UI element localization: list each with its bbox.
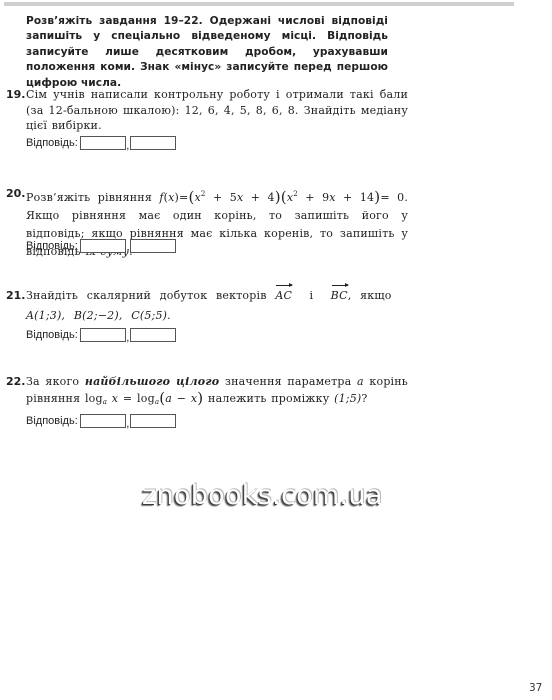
emphasis: найбільшого цілого: [85, 375, 219, 388]
task-19: 19. Сім учнів написали контрольну роботу…: [6, 87, 408, 134]
answer-fraction-box[interactable]: [130, 136, 176, 150]
vector-ac: AC: [275, 286, 292, 306]
top-rule: [4, 2, 514, 6]
answer-19: Відповідь: ,: [26, 135, 176, 151]
answer-integer-box[interactable]: [80, 414, 126, 428]
watermark: znobooks.com.ua: [142, 480, 383, 511]
answer-integer-box[interactable]: [80, 328, 126, 342]
answer-20: Відповідь: ,: [26, 238, 176, 254]
equation: f(x)=(x2 + 5x + 4)(x2 + 9x + 14)= 0: [159, 191, 404, 204]
interval: (1;5): [334, 392, 361, 405]
point-c: C(5;5).: [131, 309, 171, 322]
task-text: Розв’яжіть рівняння: [26, 191, 152, 204]
page-number: 37: [529, 682, 542, 694]
answer-fraction-box[interactable]: [130, 328, 176, 342]
answer-fraction-box[interactable]: [130, 239, 176, 253]
answer-integer-box[interactable]: [80, 239, 126, 253]
task-22: 22. За якого найбільшого цілого значення…: [6, 373, 408, 411]
instructions: Розв’яжіть завдання 19–22. Одержані числ…: [26, 14, 388, 91]
equation: loga x = loga(a − x): [85, 392, 203, 405]
point-b: B(2;−2),: [74, 309, 123, 322]
task-text: Сім учнів написали контрольну роботу і о…: [26, 87, 408, 134]
answer-label: Відповідь:: [26, 137, 78, 149]
answer-fraction-box[interactable]: [130, 414, 176, 428]
answer-21: Відповідь: ,: [26, 327, 176, 343]
answer-label: Відповідь:: [26, 240, 78, 252]
answer-label: Відповідь:: [26, 329, 78, 341]
task-number: 20.: [6, 185, 26, 203]
vector-bc: BC: [331, 286, 348, 306]
task-number: 19.: [6, 87, 26, 103]
answer-22: Відповідь: ,: [26, 413, 176, 429]
point-a: A(1;3),: [26, 309, 65, 322]
answer-label: Відповідь:: [26, 415, 78, 427]
answer-integer-box[interactable]: [80, 136, 126, 150]
task-21: 21. Знайдіть скалярний добуток векторів …: [6, 286, 408, 326]
task-number: 21.: [6, 286, 26, 306]
parameter: a: [357, 375, 364, 388]
task-number: 22.: [6, 373, 26, 390]
